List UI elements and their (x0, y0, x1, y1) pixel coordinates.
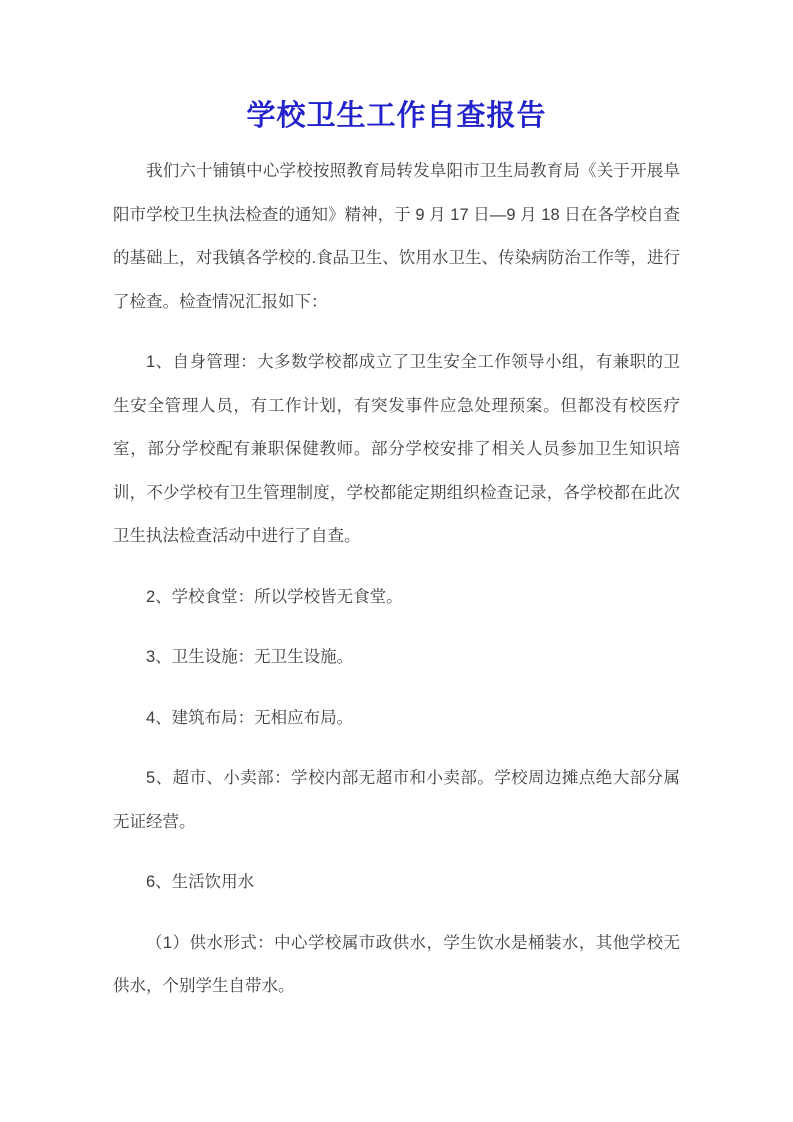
paragraph-item-6-drinking-water: 6、生活饮用水 (113, 861, 680, 905)
paragraph-intro: 我们六十铺镇中心学校按照教育局转发阜阳市卫生局教育局《关于开展阜阳市学校卫生执法… (113, 150, 680, 324)
paragraph-item-1-self-management: 1、自身管理：大多数学校都成立了卫生安全工作领导小组，有兼职的卫生安全管理人员，… (113, 341, 680, 559)
document-page: 学校卫生工作自查报告 我们六十铺镇中心学校按照教育局转发阜阳市卫生局教育局《关于… (0, 0, 793, 1122)
paragraph-item-4-building-layout: 4、建筑布局：无相应布局。 (113, 697, 680, 741)
document-body: 我们六十铺镇中心学校按照教育局转发阜阳市卫生局教育局《关于开展阜阳市学校卫生执法… (113, 150, 680, 1009)
paragraph-item-2-canteen: 2、学校食堂：所以学校皆无食堂。 (113, 576, 680, 620)
paragraph-item-6-1-water-supply: （1）供水形式：中心学校属市政供水，学生饮水是桶装水，其他学校无供水，个别学生自… (113, 922, 680, 1009)
document-title: 学校卫生工作自查报告 (113, 95, 680, 137)
paragraph-item-5-shops: 5、超市、小卖部：学校内部无超市和小卖部。学校周边摊点绝大部分属无证经营。 (113, 757, 680, 844)
paragraph-item-3-sanitation-facilities: 3、卫生设施：无卫生设施。 (113, 636, 680, 680)
